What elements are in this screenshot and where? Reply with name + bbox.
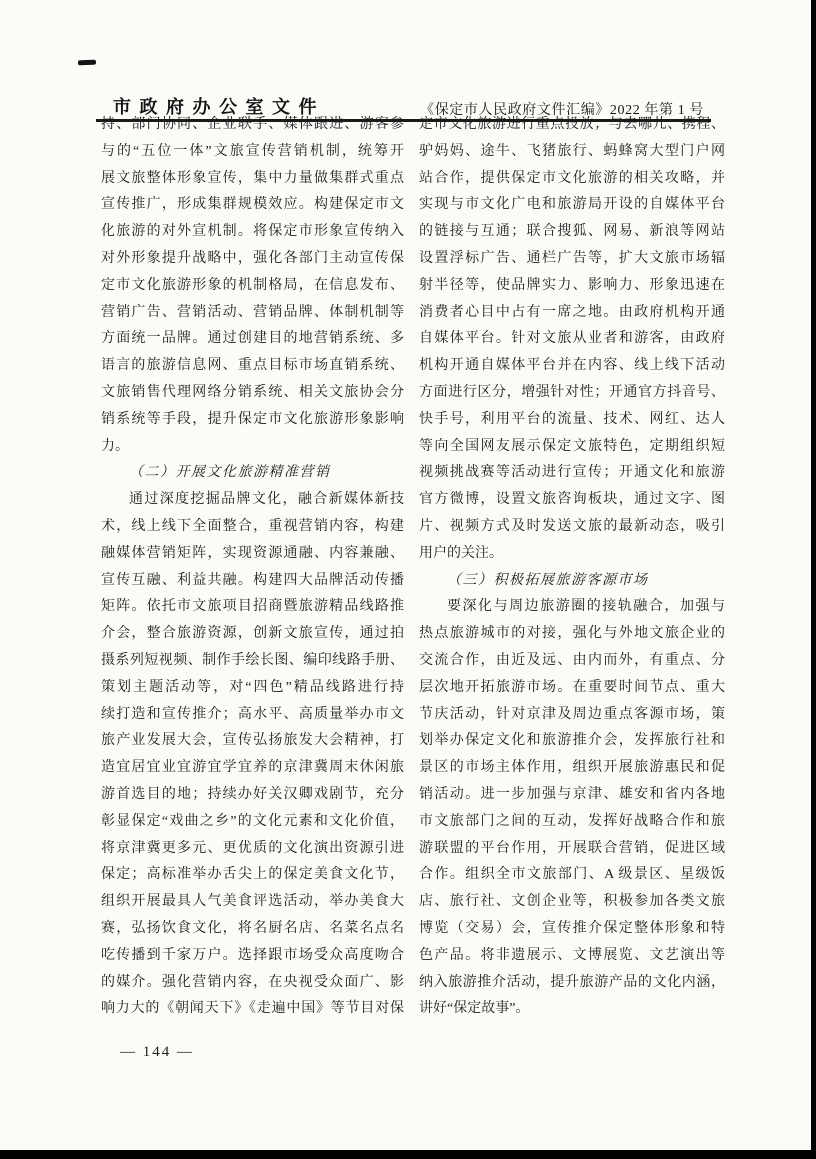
text-line: 节庆活动，针对京津及周边重点客源市场，策 (419, 702, 725, 729)
text-line: 文旅销售代理网络分销系统、相关文旅协会分 (101, 380, 404, 407)
text-line: 与的“五位一体”文旅宣传营销机制，统筹开 (101, 139, 404, 166)
left-column: 持、部门协同、企业联手、媒体跟进、游客参与的“五位一体”文旅宣传营销机制，统筹开… (101, 112, 404, 1023)
text-line: 续打造和宣传推介；高水平、高质量举办市文 (101, 702, 404, 729)
text-line: 语言的旅游信息网、重点目标市场直销系统、 (101, 353, 404, 380)
text-line: 策划主题活动等，对“四色”精品线路进行持 (101, 675, 404, 702)
text-line: 响力大的《朝闻天下》《走遍中国》等节目对保 (101, 996, 404, 1023)
text-line: 营销广告、营销活动、营销品牌、体制机制等 (101, 300, 404, 327)
text-line: 持、部门协同、企业联手、媒体跟进、游客参 (101, 112, 404, 139)
text-line: 的链接与互通；联合搜狐、网易、新浪等网站 (419, 219, 725, 246)
text-line: 驴妈妈、途牛、飞猪旅行、蚂蜂窝大型门户网 (419, 139, 725, 166)
text-line: 快手号，利用平台的流量、技术、网红、达人 (419, 407, 725, 434)
text-line: 通过深度挖掘品牌文化，融合新媒体新技 (101, 487, 404, 514)
text-line: 销系统等手段，提升保定市文化旅游形象影响 (101, 407, 404, 434)
text-line: 景区的市场主体作用，组织开展旅游惠民和促 (419, 755, 725, 782)
text-line: 化旅游的对外宣机制。将保定市形象宣传纳入 (101, 219, 404, 246)
text-line: 销活动。进一步加强与京津、雄安和省内各地 (419, 782, 725, 809)
text-line: 色产品。将非遗展示、文博展览、文艺演出等 (419, 943, 725, 970)
text-line: 组织开展最具人气美食评选活动，举办美食大 (101, 889, 404, 916)
text-line: 对外形象提升战略中，强化各部门主动宣传保 (101, 246, 404, 273)
right-column: 定市文化旅游进行重点投放；与去哪儿、携程、驴妈妈、途牛、飞猪旅行、蚂蜂窝大型门户… (419, 112, 725, 1023)
text-line: 射半径等，使品牌实力、影响力、形象迅速在 (419, 273, 725, 300)
text-line: 宣传互融、利益共融。构建四大品牌活动传播 (101, 568, 404, 595)
text-line: 游联盟的平台作用，开展联合营销，促进区域 (419, 836, 725, 863)
text-line: 方面统一品牌。通过创建目的地营销系统、多 (101, 326, 404, 353)
text-line: 矩阵。依托市文旅项目招商暨旅游精品线路推 (101, 594, 404, 621)
text-line: 的媒介。强化营销内容，在央视受众面广、影 (101, 970, 404, 997)
text-line: 实现与市文化广电和旅游局开设的自媒体平台 (419, 192, 725, 219)
text-line: 官方微博，设置文旅咨询板块，通过文字、图 (419, 487, 725, 514)
text-line: 宣传推广，形成集群规模效应。构建保定市文 (101, 192, 404, 219)
text-line: 层次地开拓旅游市场。在重要时间节点、重大 (419, 675, 725, 702)
text-line: 划举办保定文化和旅游推介会，发挥旅行社和 (419, 728, 725, 755)
scanned-document-page: 市政府办公室文件 《保定市人民政府文件汇编》2022 年第 1 号 持、部门协同… (0, 0, 816, 1159)
text-line: 旅产业发展大会，宣传弘扬旅发大会精神，打 (101, 728, 404, 755)
text-line: 融媒体营销矩阵，实现资源通融、内容兼融、 (101, 541, 404, 568)
text-line: 定市文化旅游进行重点投放；与去哪儿、携程、 (419, 112, 725, 139)
scan-artifact-smudge (78, 60, 96, 66)
text-line: 摄系列短视频、制作手绘长图、编印线路手册、 (101, 648, 404, 675)
text-line: 片、视频方式及时发送文旅的最新动态，吸引 (419, 514, 725, 541)
text-line: 造宜居宜业宜游宜学宜养的京津冀周末休闲旅 (101, 755, 404, 782)
text-line: 机构开通自媒体平台并在内容、线上线下活动 (419, 353, 725, 380)
text-line: 术，线上线下全面整合，重视营销内容，构建 (101, 514, 404, 541)
text-line: 市文旅部门之间的互动，发挥好战略合作和旅 (419, 809, 725, 836)
text-line: 等向全国网友展示保定文旅特色，定期组织短 (419, 434, 725, 461)
text-line: 游首选目的地；持续办好关汉卿戏剧节，充分 (101, 782, 404, 809)
scan-edge-bottom (0, 1150, 816, 1159)
text-line: 用户的关注。 (419, 541, 725, 568)
text-line: 设置浮标广告、通栏广告等，扩大文旅市场辐 (419, 246, 725, 273)
section-heading: （三）积极拓展旅游客源市场 (419, 568, 725, 595)
scan-edge-right (811, 0, 816, 1159)
text-line: 合作。组织全市文旅部门、A 级景区、星级饭 (419, 862, 725, 889)
text-line: 博览（交易）会，宣传推介保定整体形象和特 (419, 916, 725, 943)
text-line: 热点旅游城市的对接，强化与外地文旅企业的 (419, 621, 725, 648)
text-line: 店、旅行社、文创企业等，积极参加各类文旅 (419, 889, 725, 916)
text-line: 要深化与周边旅游圈的接轨融合，加强与 (419, 594, 725, 621)
text-line: 方面进行区分，增强针对性；开通官方抖音号、 (419, 380, 725, 407)
text-line: 赛，弘扬饮食文化，将名厨名店、名菜名点名 (101, 916, 404, 943)
text-line: 站合作，提供保定市文化旅游的相关攻略，并 (419, 166, 725, 193)
text-line: 吃传播到千家万户。选择跟市场受众高度吻合 (101, 943, 404, 970)
text-line: 纳入旅游推介活动，提升旅游产品的文化内涵， (419, 970, 725, 997)
text-line: 交流合作，由近及远、由内而外，有重点、分 (419, 648, 725, 675)
text-line: 自媒体平台。针对文旅从业者和游客，由政府 (419, 326, 725, 353)
text-line: 视频挑战赛等活动进行宣传；开通文化和旅游 (419, 460, 725, 487)
text-line: 将京津冀更多元、更优质的文化演出资源引进 (101, 836, 404, 863)
text-line: 消费者心目中占有一席之地。由政府机构开通 (419, 300, 725, 327)
text-line: 力。 (101, 434, 404, 461)
page-number: — 144 — (120, 1044, 194, 1061)
text-line: 展文旅整体形象宣传，集中力量做集群式重点 (101, 166, 404, 193)
text-line: 定市文化旅游形象的机制格局，在信息发布、 (101, 273, 404, 300)
text-line: 保定；高标准举办舌尖上的保定美食文化节， (101, 862, 404, 889)
text-line: 彰显保定“戏曲之乡”的文化元素和文化价值， (101, 809, 404, 836)
text-line: 介会，整合旅游资源，创新文旅宣传，通过拍 (101, 621, 404, 648)
text-line: 讲好“保定故事”。 (419, 996, 725, 1023)
section-heading: （二）开展文化旅游精准营销 (101, 460, 404, 487)
